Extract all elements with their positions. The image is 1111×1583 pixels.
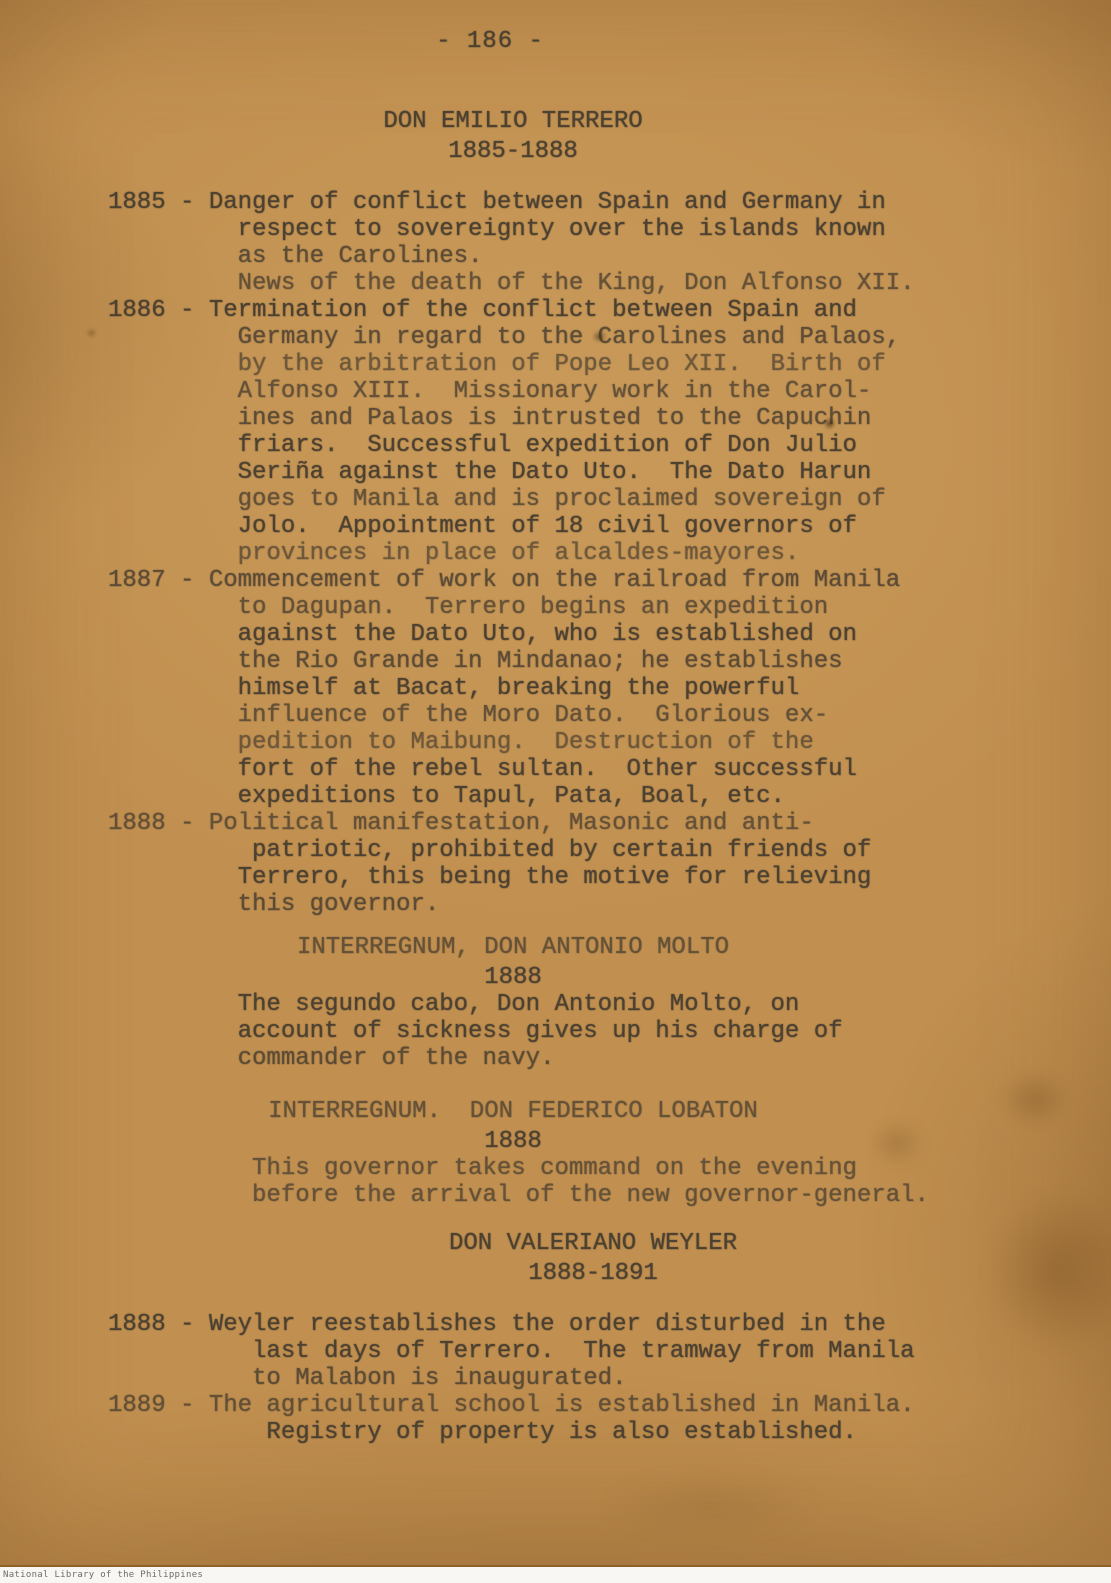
chronology-weyler: 1888 - Weyler reestablishes the order di… — [108, 1311, 1111, 1446]
text-line: The segundo cabo, Don Antonio Molto, on — [108, 991, 1111, 1018]
text-line: News of the death of the King, Don Alfon… — [108, 270, 1111, 297]
text-line: 1889 - The agricultural school is establ… — [108, 1392, 1111, 1419]
text-line: before the arrival of the new governor-g… — [108, 1182, 1111, 1209]
section-years-terrero: 1885-1888 — [108, 138, 918, 165]
paragraph-molto: The segundo cabo, Don Antonio Molto, on … — [108, 991, 1111, 1072]
text-line: influence of the Moro Dato. Glorious ex- — [108, 702, 1111, 729]
chronology-terrero: 1885 - Danger of conflict between Spain … — [108, 189, 1111, 918]
text-line: to Malabon is inaugurated. — [108, 1365, 1111, 1392]
text-line: 1886 - Termination of the conflict betwe… — [108, 297, 1111, 324]
text-line: goes to Manila and is proclaimed soverei… — [108, 486, 1111, 513]
text-line: ines and Palaos is intrusted to the Capu… — [108, 405, 1111, 432]
text-line: Jolo. Appointment of 18 civil governors … — [108, 513, 1111, 540]
text-line: Germany in regard to the Carolines and P… — [108, 324, 1111, 351]
text-line: this governor. — [108, 891, 1111, 918]
text-line: commander of the navy. — [108, 1045, 1111, 1072]
text-line: to Dagupan. Terrero begins an expedition — [108, 594, 1111, 621]
paper: - 186 - DON EMILIO TERRERO 1885-1888 188… — [0, 0, 1111, 1567]
library-attribution: National Library of the Philippines — [0, 1570, 203, 1580]
text-line: provinces in place of alcaldes-mayores. — [108, 540, 1111, 567]
text-line: pedition to Maibung. Destruction of the — [108, 729, 1111, 756]
text-line: last days of Terrero. The tramway from M… — [108, 1338, 1111, 1365]
paragraph-lobaton: This governor takes command on the eveni… — [108, 1155, 1111, 1209]
text-line: against the Dato Uto, who is established… — [108, 621, 1111, 648]
text-line: as the Carolines. — [108, 243, 1111, 270]
text-line: fort of the rebel sultan. Other successf… — [108, 756, 1111, 783]
text-line: 1888 - Political manifestation, Masonic … — [108, 810, 1111, 837]
text-line: 1885 - Danger of conflict between Spain … — [108, 189, 1111, 216]
text-line: 1887 - Commencement of work on the railr… — [108, 567, 1111, 594]
section-title-molto: INTERREGNUM, DON ANTONIO MOLTO — [108, 934, 918, 961]
paper-stain — [1000, 1070, 1070, 1128]
text-line: Registry of property is also established… — [108, 1419, 1111, 1446]
section-years-weyler: 1888-1891 — [188, 1260, 998, 1287]
text-line: This governor takes command on the eveni… — [108, 1155, 1111, 1182]
ink-blot — [86, 328, 97, 338]
text-line: account of sickness gives up his charge … — [108, 1018, 1111, 1045]
text-line: 1888 - Weyler reestablishes the order di… — [108, 1311, 1111, 1338]
text-line: himself at Bacat, breaking the powerful — [108, 675, 1111, 702]
text-line: Alfonso XIII. Missionary work in the Car… — [108, 378, 1111, 405]
text-line: respect to sovereignty over the islands … — [108, 216, 1111, 243]
text-line: Terrero, this being the motive for relie… — [108, 864, 1111, 891]
section-title-weyler: DON VALERIANO WEYLER — [188, 1230, 998, 1257]
section-years-molto: 1888 — [108, 964, 918, 991]
paper-stain — [600, 1470, 820, 1540]
scan-footer-bar: National Library of the Philippines — [0, 1567, 1111, 1583]
section-title-lobaton: INTERREGNUM. DON FEDERICO LOBATON — [108, 1098, 918, 1125]
section-years-lobaton: 1888 — [108, 1128, 918, 1155]
text-line: Seriña against the Dato Uto. The Dato Ha… — [108, 459, 1111, 486]
text-line: the Rio Grande in Mindanao; he establish… — [108, 648, 1111, 675]
page-number: - 186 - — [85, 0, 895, 55]
section-title-terrero: DON EMILIO TERRERO — [108, 108, 918, 135]
text-line: patriotic, prohibited by certain friends… — [108, 837, 1111, 864]
text-line: friars. Successful expedition of Don Jul… — [108, 432, 1111, 459]
scanned-document-page: - 186 - DON EMILIO TERRERO 1885-1888 188… — [0, 0, 1111, 1583]
text-line: by the arbitration of Pope Leo XII. Birt… — [108, 351, 1111, 378]
text-line: expeditions to Tapul, Pata, Boal, etc. — [108, 783, 1111, 810]
